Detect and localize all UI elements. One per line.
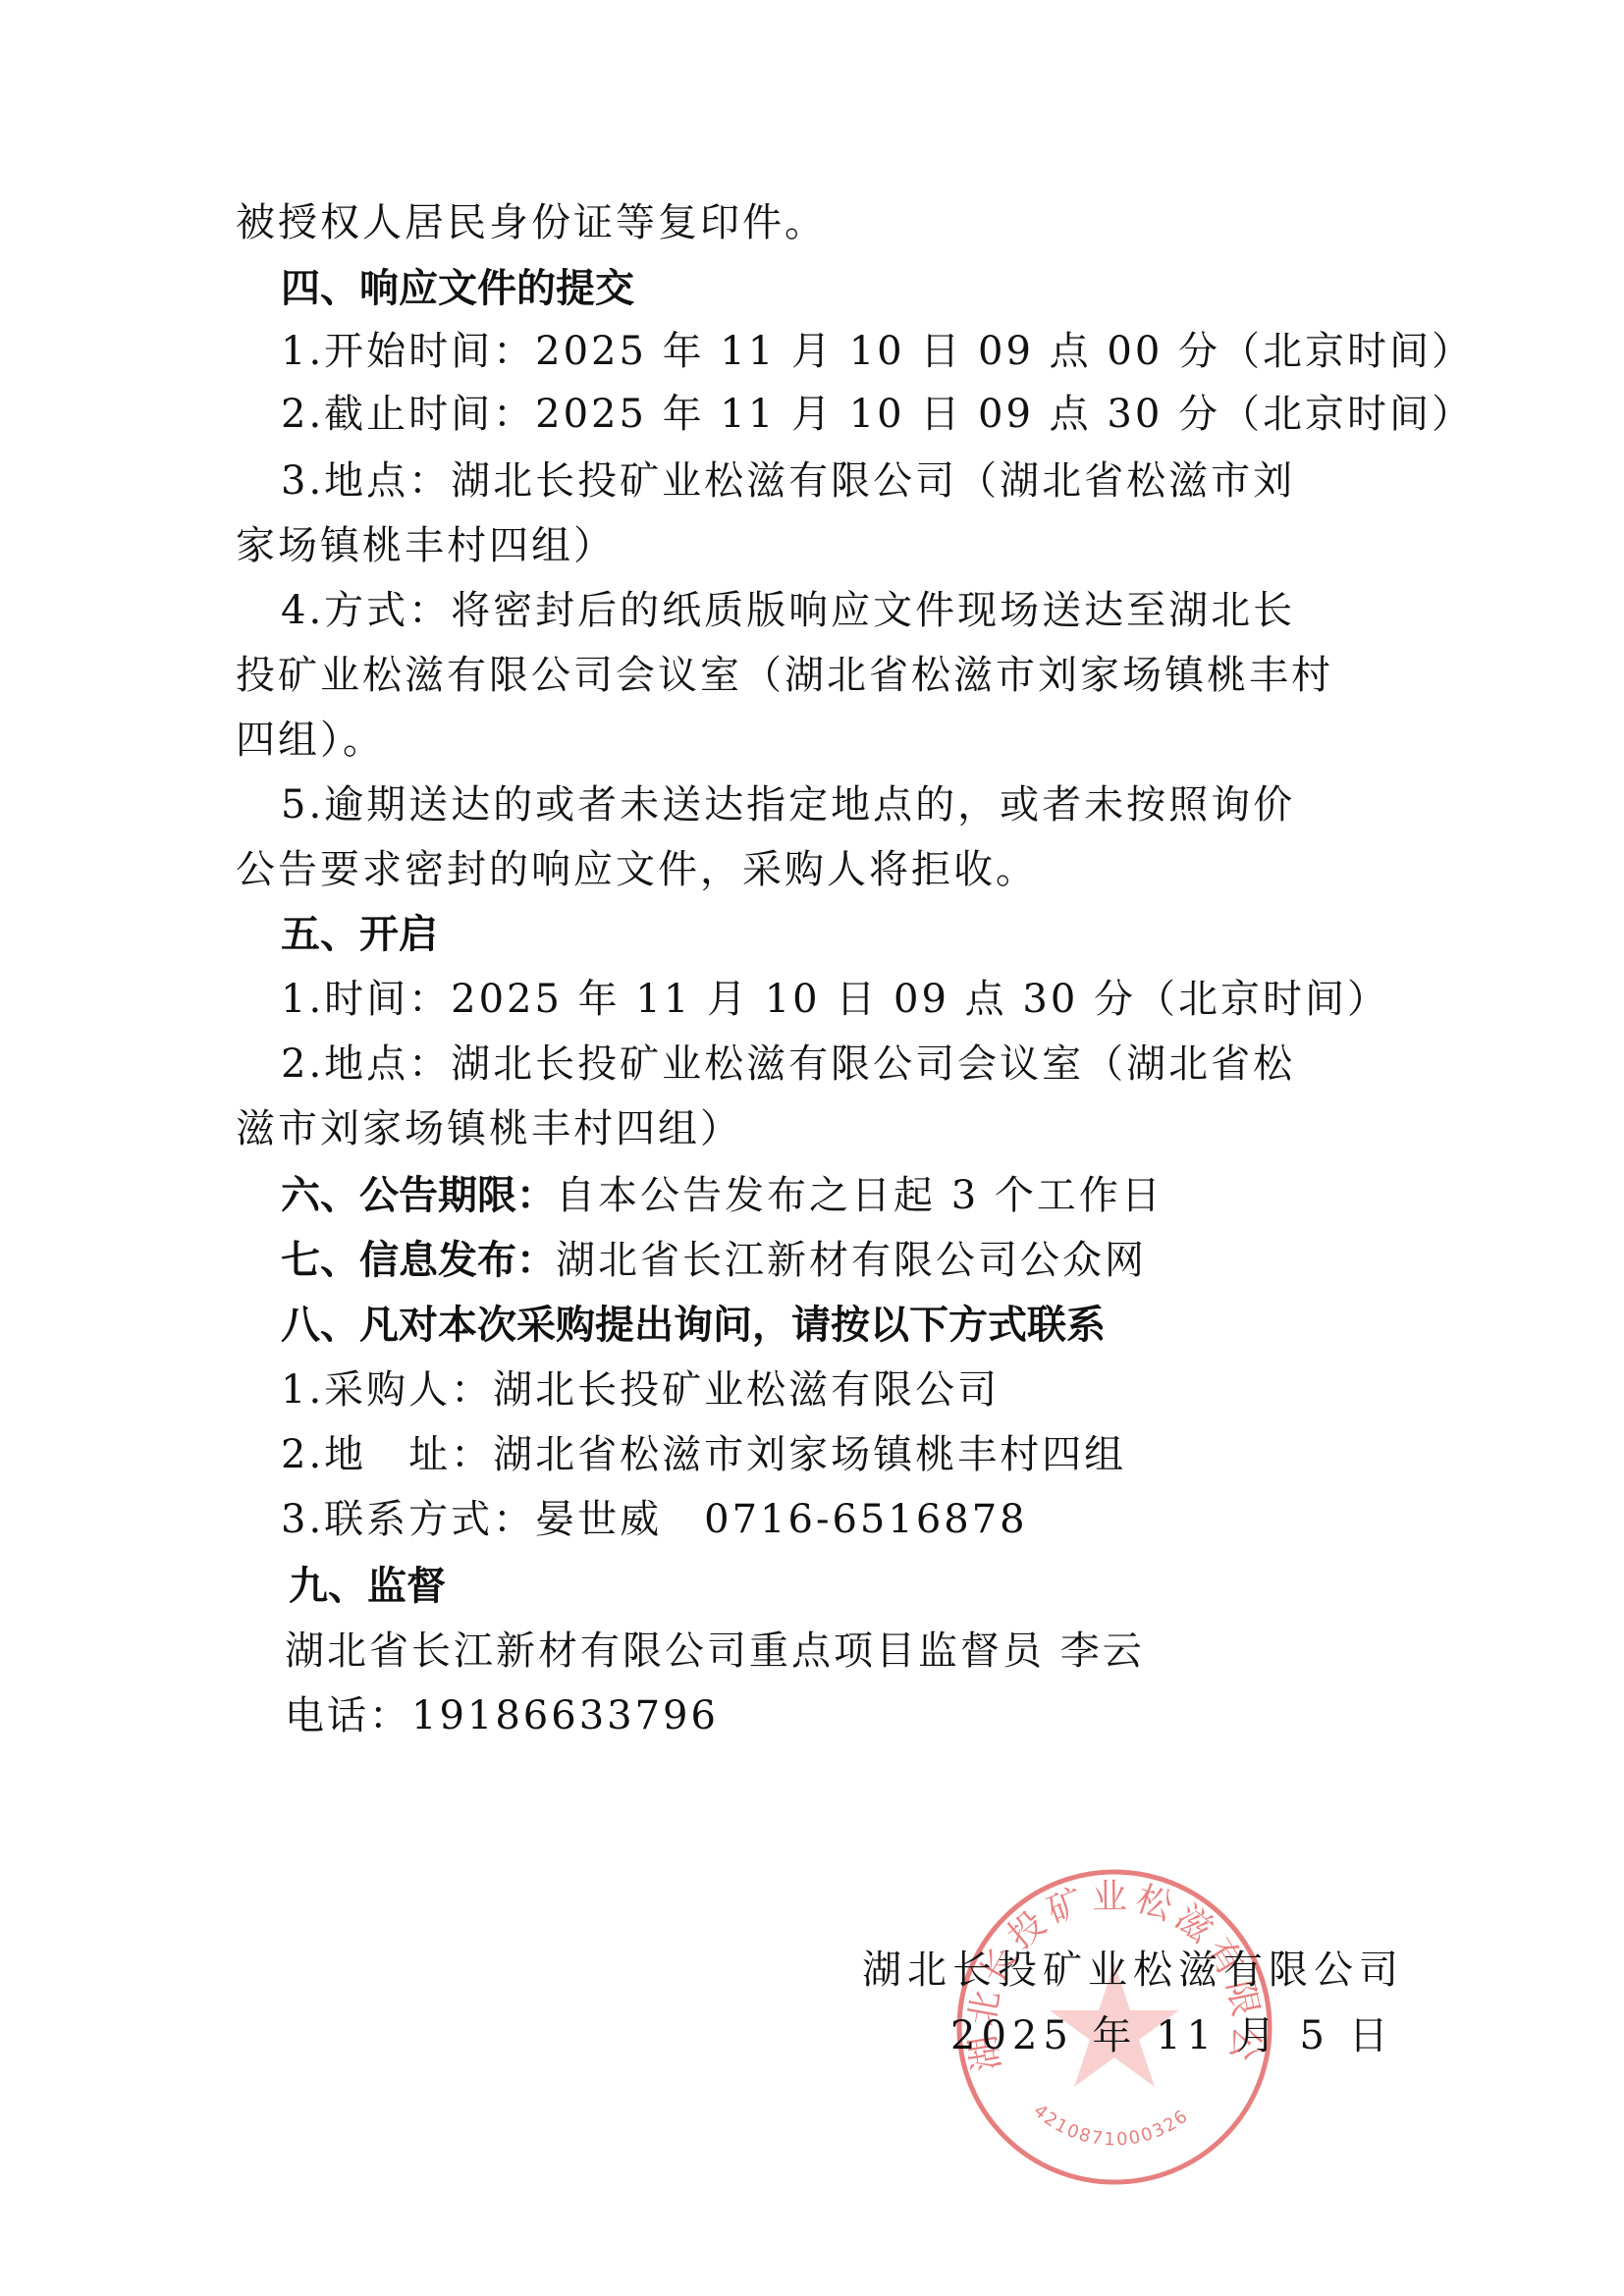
- info-publication: 七、信息发布：湖北省长江新材有限公司公众网: [281, 1237, 1147, 1284]
- signature-company: 湖北长投矿业松滋有限公司: [862, 1939, 1404, 1995]
- submission-end-time: 2.截止时间：2025 年 11 月 10 日 09 点 30 分（北京时间）: [281, 391, 1474, 438]
- submission-start-time: 1.开始时间：2025 年 11 月 10 日 09 点 00 分（北京时间）: [281, 328, 1474, 375]
- late-submission-note-cont: 公告要求密封的响应文件，采购人将拒收。: [236, 846, 1038, 893]
- supervisor-phone: 电话：19186633796: [285, 1692, 719, 1739]
- opening-location: 2.地点：湖北长投矿业松滋有限公司会议室（湖北省松: [281, 1041, 1295, 1088]
- body-text: 被授权人居民身份证等复印件。: [236, 199, 827, 246]
- notice-period: 六、公告期限：自本公告发布之日起 3 个工作日: [281, 1172, 1164, 1219]
- opening-location-cont: 滋市刘家场镇桃丰村四组）: [236, 1105, 742, 1152]
- info-publication-value: 湖北省长江新材有限公司公众网: [556, 1238, 1147, 1283]
- section-heading-submission: 四、响应文件的提交: [281, 265, 634, 312]
- section-heading-supervision: 九、监督: [289, 1563, 446, 1610]
- supervisor: 湖北省长江新材有限公司重点项目监督员 李云: [285, 1628, 1145, 1675]
- submission-location-cont: 家场镇桃丰村四组）: [236, 522, 616, 569]
- late-submission-note: 5.逾期送达的或者未送达指定地点的，或者未按照询价: [281, 781, 1295, 828]
- section-heading-opening: 五、开启: [281, 911, 438, 958]
- signature-date: 2025 年 11 月 5 日: [950, 2004, 1394, 2060]
- notice-period-value: 自本公告发布之日起 3 个工作日: [556, 1173, 1164, 1218]
- info-publication-label: 七、信息发布：: [281, 1238, 556, 1283]
- submission-method-cont: 投矿业松滋有限公司会议室（湖北省松滋市刘家场镇桃丰村: [236, 652, 1333, 699]
- contact-address: 2.地 址：湖北省松滋市刘家场镇桃丰村四组: [281, 1431, 1126, 1478]
- submission-method-cont2: 四组）。: [236, 717, 385, 764]
- submission-method: 4.方式：将密封后的纸质版响应文件现场送达至湖北长: [281, 587, 1295, 634]
- submission-location: 3.地点：湖北长投矿业松滋有限公司（湖北省松滋市刘: [281, 457, 1295, 505]
- contact-purchaser: 1.采购人：湖北长投矿业松滋有限公司: [281, 1366, 1000, 1414]
- notice-period-label: 六、公告期限：: [281, 1173, 556, 1218]
- opening-time: 1.时间：2025 年 11 月 10 日 09 点 30 分（北京时间）: [281, 976, 1389, 1023]
- section-heading-contact: 八、凡对本次采购提出询问，请按以下方式联系: [281, 1302, 1106, 1349]
- contact-phone: 3.联系方式：晏世威 0716-6516878: [281, 1496, 1028, 1543]
